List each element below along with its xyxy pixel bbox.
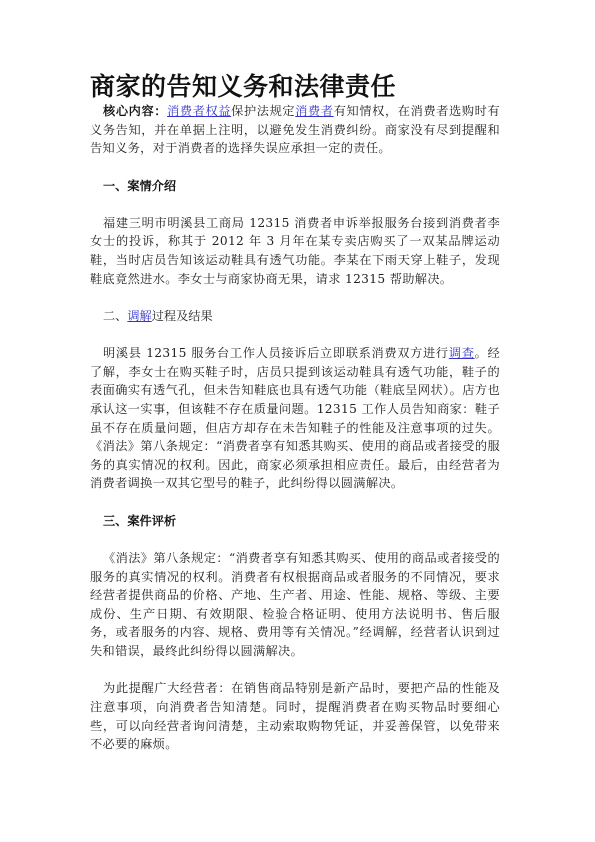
- mediation-text-1: 明溪县 12315 服务台工作人员接诉后立即联系消费双方进行: [103, 346, 449, 360]
- section-heading-mediation: 二、调解过程及结果: [90, 307, 500, 325]
- case-intro-paragraph: 福建三明市明溪县工商局 12315 消费者申诉举报服务台接到消费者李女士的投诉，…: [90, 214, 500, 288]
- page-title: 商家的告知义务和法律责任: [90, 72, 500, 102]
- mediation-text-2: 。经了解，李女士在购买鞋子时，店员只提到该运动鞋具有透气功能，鞋子的表面确实有透…: [90, 346, 500, 490]
- section-heading-case-intro: 一、案情介绍: [90, 177, 500, 195]
- document-page: 商家的告知义务和法律责任 核心内容：消费者权益保护法规定消费者有知情权，在消费者…: [90, 72, 500, 754]
- link-mediation[interactable]: 调解: [127, 309, 151, 323]
- section-heading-analysis: 三、案件评析: [90, 512, 500, 530]
- heading-suffix: 过程及结果: [152, 309, 213, 323]
- lead-text-1: 保护法规定: [231, 104, 295, 118]
- analysis-paragraph: 《消法》第八条规定：“消费者享有知悉其购买、使用的商品或者接受的服务的真实情况的…: [90, 549, 500, 661]
- link-consumer-rights[interactable]: 消费者权益: [167, 104, 231, 118]
- heading-prefix: 二、: [103, 309, 127, 323]
- lead-label: 核心内容：: [103, 104, 167, 118]
- link-investigation[interactable]: 调查: [449, 346, 475, 360]
- lead-paragraph: 核心内容：消费者权益保护法规定消费者有知情权，在消费者选购时有义务告知，并在单据…: [90, 102, 500, 158]
- reminder-paragraph: 为此提醒广大经营者：在销售商品特别是新产品时，要把产品的性能及注意事项，向消费者…: [90, 679, 500, 753]
- link-consumer[interactable]: 消费者: [295, 104, 333, 118]
- mediation-paragraph: 明溪县 12315 服务台工作人员接诉后立即联系消费双方进行调查。经了解，李女士…: [90, 344, 500, 493]
- paragraph-gap: [90, 660, 500, 679]
